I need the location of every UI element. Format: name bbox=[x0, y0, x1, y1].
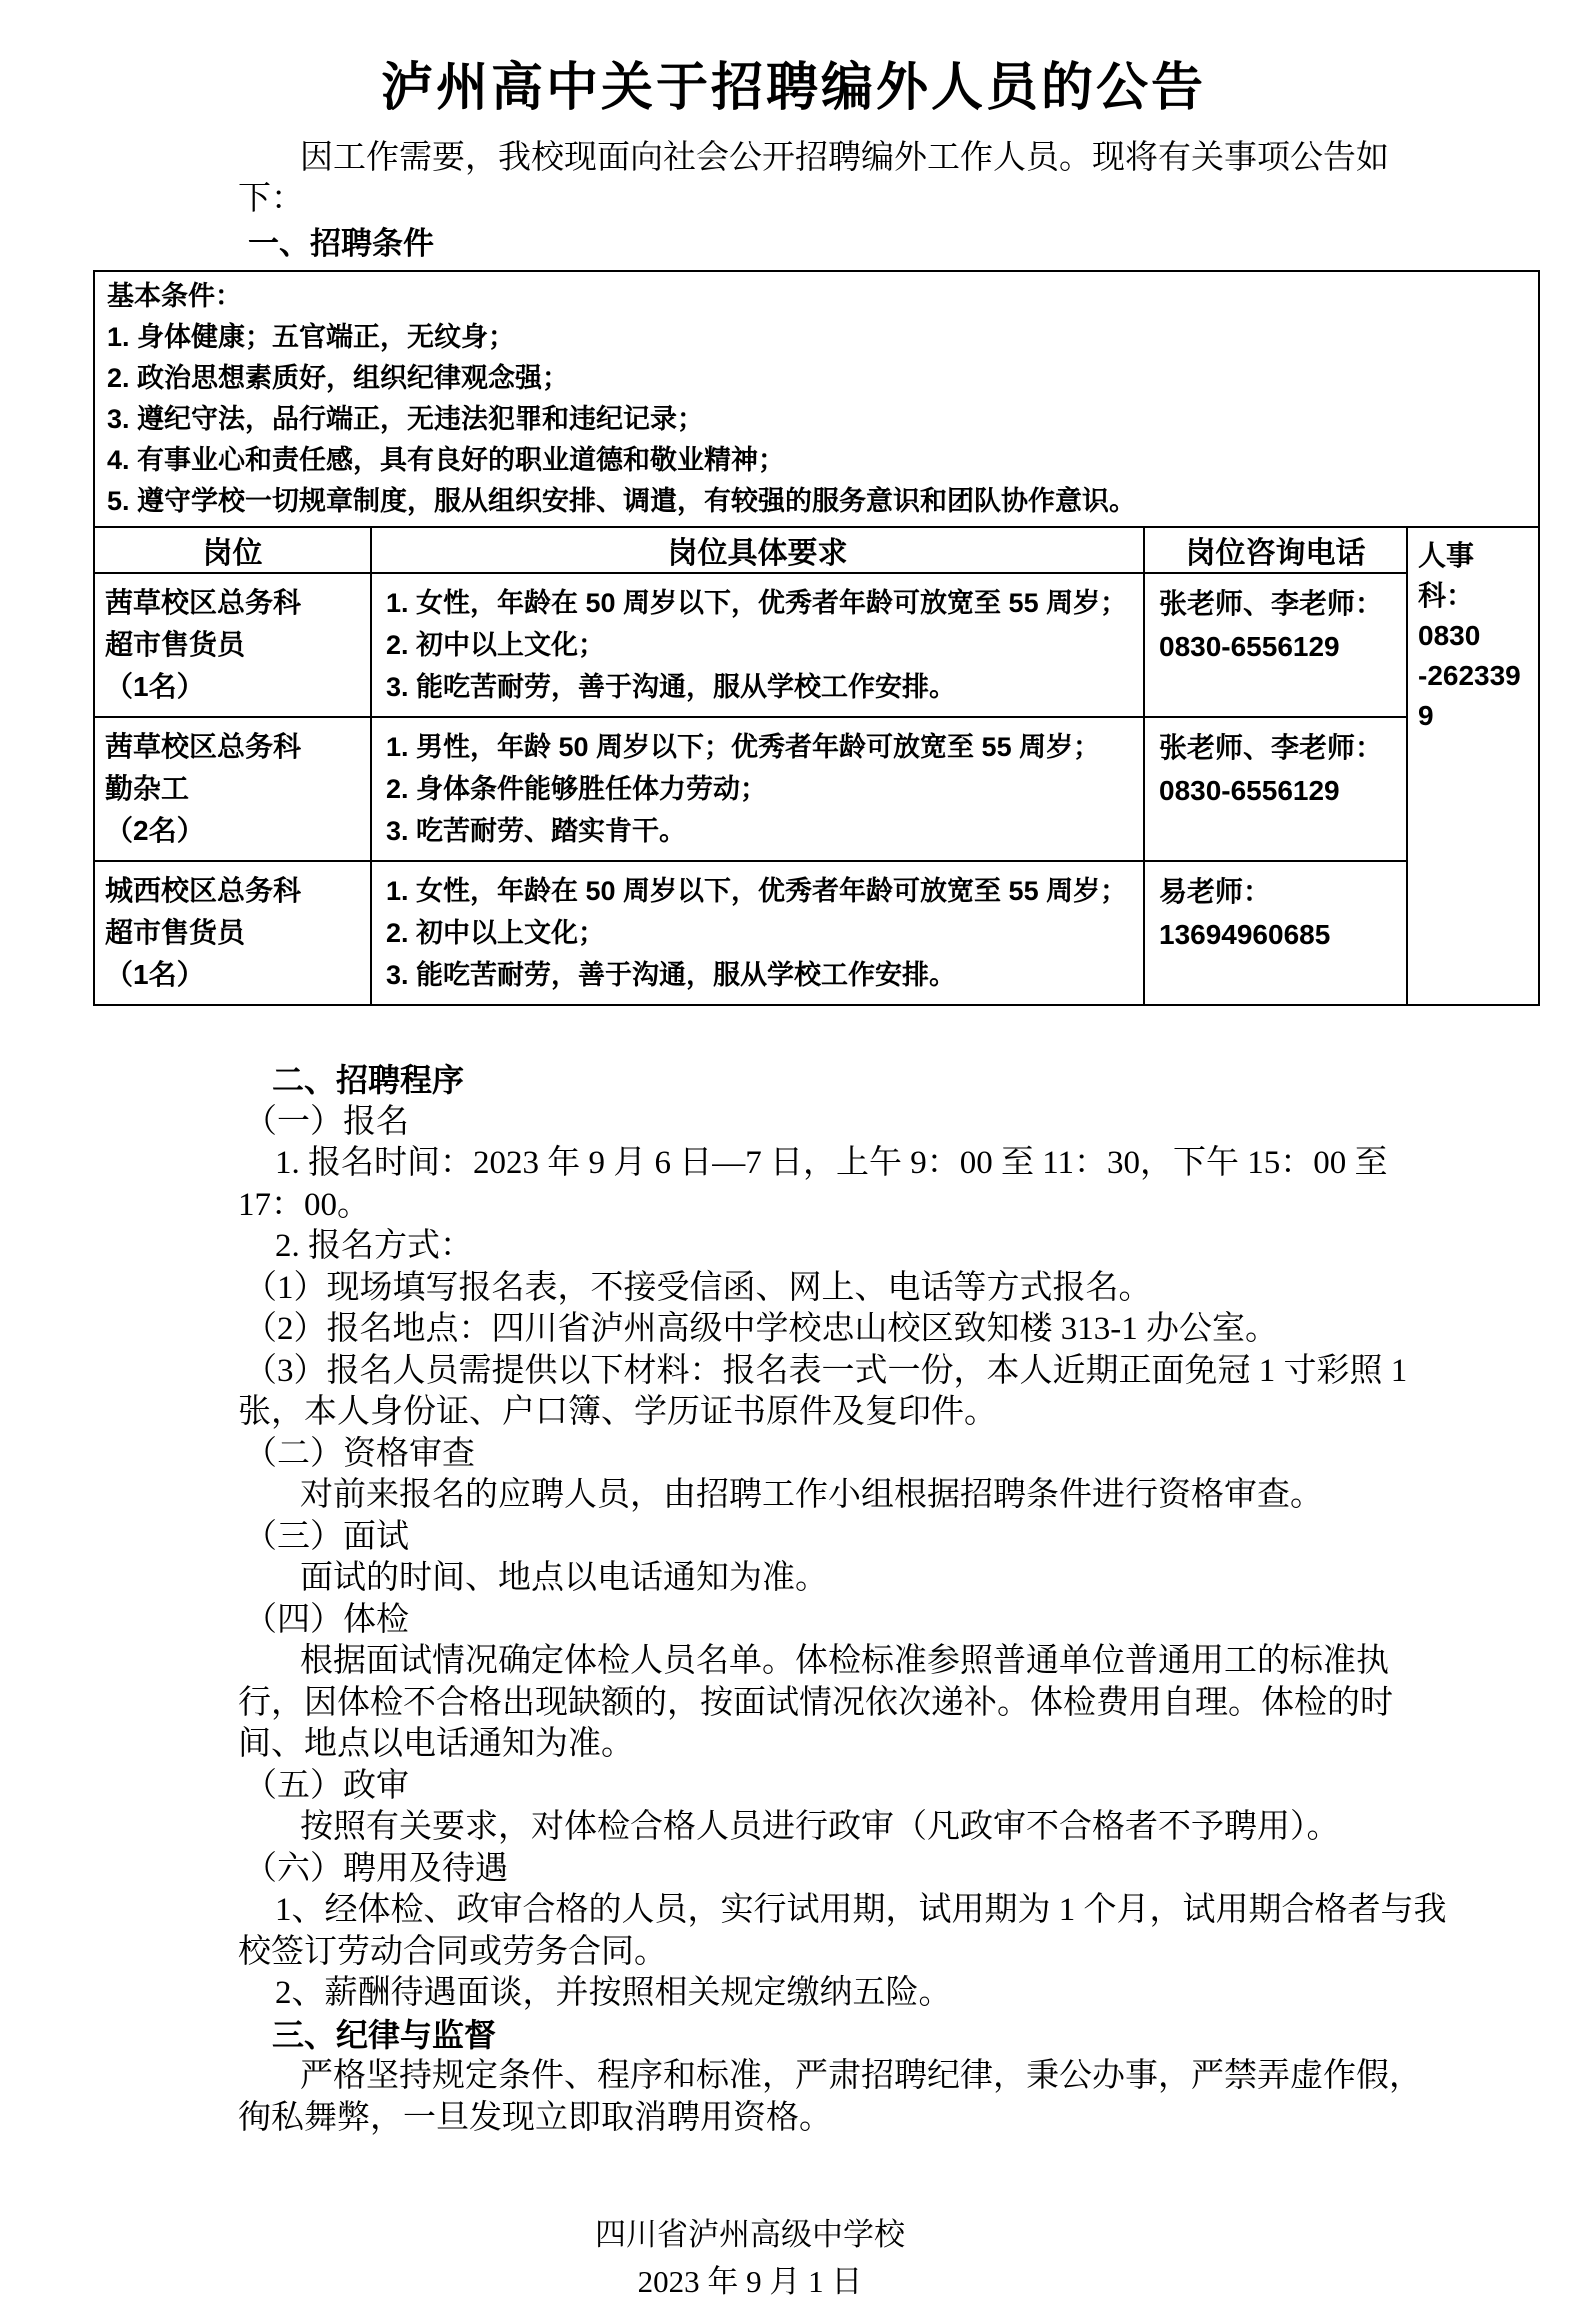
body-paragraph: （四）体检 bbox=[238, 1600, 1450, 1642]
body-paragraph: 1、经体检、政审合格的人员，实行试用期，试用期为 1 个月，试用期合格者与我校签… bbox=[238, 1890, 1450, 1973]
contact-cell: 张老师、李老师： 0830-6556129 bbox=[1144, 717, 1407, 861]
intro-paragraph: 因工作需要，我校现面向社会公开招聘编外工作人员。现将有关事项公告如下： bbox=[238, 138, 1448, 220]
recruitment-table: 基本条件： 1. 身体健康；五官端正，无纹身； 2. 政治思想素质好，组织纪律观… bbox=[93, 270, 1540, 1006]
body-paragraph: （五）政审 bbox=[238, 1766, 1450, 1808]
body-paragraph: 二、招聘程序 bbox=[238, 1060, 1450, 1102]
body-paragraph: 面试的时间、地点以电话通知为准。 bbox=[238, 1558, 1450, 1600]
table-row: 茜草校区总务科 勤杂工 （2名） 1. 男性，年龄 50 周岁以下；优秀者年龄可… bbox=[94, 717, 1539, 861]
body-paragraph: 2、薪酬待遇面谈，并按照相关规定缴纳五险。 bbox=[238, 1973, 1450, 2015]
body-paragraph: （三）面试 bbox=[238, 1517, 1450, 1559]
body-paragraph: 严格坚持规定条件、程序和标准，严肃招聘纪律，秉公办事，严禁弄虚作假，徇私舞弊，一… bbox=[238, 2056, 1450, 2139]
column-header-requirements: 岗位具体要求 bbox=[371, 527, 1144, 573]
document-page: 泸州高中关于招聘编外人员的公告 因工作需要，我校现面向社会公开招聘编外工作人员。… bbox=[0, 0, 1587, 2300]
body-paragraph: 2. 报名方式： bbox=[238, 1226, 1450, 1268]
page-title: 泸州高中关于招聘编外人员的公告 bbox=[0, 0, 1587, 122]
signature-block: 四川省泸州高级中学校 2023 年 9 月 1 日 bbox=[580, 2211, 920, 2300]
body-paragraph: 对前来报名的应聘人员，由招聘工作小组根据招聘条件进行资格审查。 bbox=[238, 1475, 1450, 1517]
requirements-cell: 1. 女性，年龄在 50 周岁以下，优秀者年龄可放宽至 55 周岁； 2. 初中… bbox=[371, 861, 1144, 1005]
requirements-cell: 1. 女性，年龄在 50 周岁以下，优秀者年龄可放宽至 55 周岁； 2. 初中… bbox=[371, 573, 1144, 717]
contact-cell: 张老师、李老师： 0830-6556129 bbox=[1144, 573, 1407, 717]
body-paragraph: （2）报名地点：四川省泸州高级中学校忠山校区致知楼 313-1 办公室。 bbox=[238, 1309, 1450, 1351]
basic-conditions-box: 基本条件： 1. 身体健康；五官端正，无纹身； 2. 政治思想素质好，组织纪律观… bbox=[94, 271, 1539, 527]
requirements-cell: 1. 男性，年龄 50 周岁以下；优秀者年龄可放宽至 55 周岁； 2. 身体条… bbox=[371, 717, 1144, 861]
table-row: 茜草校区总务科 超市售货员 （1名） 1. 女性，年龄在 50 周岁以下，优秀者… bbox=[94, 573, 1539, 717]
position-cell: 茜草校区总务科 超市售货员 （1名） bbox=[94, 573, 371, 717]
body-paragraph: 1. 报名时间：2023 年 9 月 6 日—7 日，上午 9：00 至 11：… bbox=[238, 1143, 1450, 1226]
body-paragraph: 三、纪律与监督 bbox=[238, 2015, 1450, 2057]
basic-conditions-items: 1. 身体健康；五官端正，无纹身； 2. 政治思想素质好，组织纪律观念强； 3.… bbox=[107, 317, 1526, 522]
table-row: 城西校区总务科 超市售货员 （1名） 1. 女性，年龄在 50 周岁以下，优秀者… bbox=[94, 861, 1539, 1005]
position-cell: 城西校区总务科 超市售货员 （1名） bbox=[94, 861, 371, 1005]
body-paragraph: 按照有关要求，对体检合格人员进行政审（凡政审不合格者不予聘用）。 bbox=[238, 1807, 1450, 1849]
signature-date: 2023 年 9 月 1 日 bbox=[580, 2258, 920, 2300]
body-paragraph: （一）报名 bbox=[238, 1102, 1450, 1144]
body-paragraph: （3）报名人员需提供以下材料：报名表一式一份，本人近期正面免冠 1 寸彩照 1 … bbox=[238, 1351, 1450, 1434]
contact-cell: 易老师： 13694960685 bbox=[1144, 861, 1407, 1005]
signature-school: 四川省泸州高级中学校 bbox=[580, 2211, 920, 2258]
body-paragraph: 根据面试情况确定体检人员名单。体检标准参照普通单位普通用工的标准执行，因体检不合… bbox=[238, 1641, 1450, 1766]
personnel-dept-cell: 人事科： 0830 -262339 9 bbox=[1407, 527, 1539, 1005]
basic-conditions-row: 基本条件： 1. 身体健康；五官端正，无纹身； 2. 政治思想素质好，组织纪律观… bbox=[94, 271, 1539, 527]
column-header-position: 岗位 bbox=[94, 527, 371, 573]
position-cell: 茜草校区总务科 勤杂工 （2名） bbox=[94, 717, 371, 861]
body-text: 二、招聘程序（一）报名1. 报名时间：2023 年 9 月 6 日—7 日，上午… bbox=[238, 1060, 1450, 2139]
body-paragraph: （二）资格审查 bbox=[238, 1434, 1450, 1476]
table-header-row: 岗位 岗位具体要求 岗位咨询电话 人事科： 0830 -262339 9 bbox=[94, 527, 1539, 573]
basic-conditions-heading: 基本条件： bbox=[107, 276, 1526, 317]
body-paragraph: （1）现场填写报名表，不接受信函、网上、电话等方式报名。 bbox=[238, 1268, 1450, 1310]
section-heading-recruitment-conditions: 一、招聘条件 bbox=[238, 226, 1587, 262]
column-header-phone: 岗位咨询电话 bbox=[1144, 527, 1407, 573]
body-paragraph: （六）聘用及待遇 bbox=[238, 1849, 1450, 1891]
